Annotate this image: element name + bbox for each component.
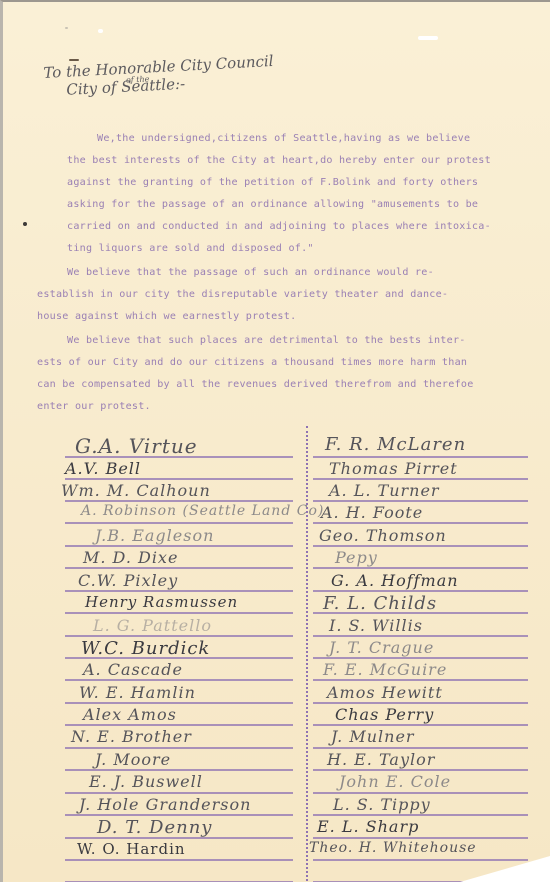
ruled-line xyxy=(313,522,528,524)
text-line: asking for the passage of an ordinance a… xyxy=(37,194,543,216)
signature-right-19: Theo. H. Whitehouse xyxy=(309,840,477,856)
text-line: ests of our City and do our citizens a t… xyxy=(37,352,543,374)
signature-right-4: A. H. Foote xyxy=(321,503,423,522)
text-line: We believe that the passage of such an o… xyxy=(67,262,543,284)
ruled-line xyxy=(313,657,528,659)
signature-right-3: A. L. Turner xyxy=(329,481,440,500)
signature-left-4: A. Robinson (Seattle Land Co) xyxy=(81,503,324,519)
ruled-line xyxy=(313,456,528,458)
ruled-line xyxy=(313,814,528,816)
ruled-line xyxy=(313,590,528,592)
signature-right-2: Thomas Pirret xyxy=(329,459,458,478)
signature-left-19: W. O. Hardin xyxy=(77,840,186,858)
signature-right-18: E. L. Sharp xyxy=(317,817,419,836)
signature-left-17: J. Hole Granderson xyxy=(79,795,251,814)
ruled-line xyxy=(313,724,528,726)
text-line: We believe that such places are detrimen… xyxy=(67,330,543,352)
text-line: house against which we earnestly protest… xyxy=(37,306,543,328)
signature-left-11: A. Cascade xyxy=(83,660,183,679)
ruled-line xyxy=(313,679,528,681)
torn-corner xyxy=(460,856,550,882)
signature-right-9: I. S. Willis xyxy=(329,616,423,635)
signature-left-5: J.B. Eagleson xyxy=(95,526,214,545)
addressee-insertion: of the xyxy=(126,70,150,89)
ruled-line xyxy=(313,545,528,547)
signature-left-16: E. J. Buswell xyxy=(89,772,203,791)
ruled-line xyxy=(313,635,528,637)
signature-right-8: F. L. Childs xyxy=(323,593,437,614)
ruled-line xyxy=(65,859,293,861)
signature-left-14: N. E. Brother xyxy=(71,727,192,746)
signature-right-1: F. R. McLaren xyxy=(325,434,466,455)
signature-left-2: A.V. Bell xyxy=(65,459,141,478)
ruled-line xyxy=(65,724,293,726)
ruled-line xyxy=(65,769,293,771)
ruled-line xyxy=(65,478,293,480)
signature-left-3: Wm. M. Calhoun xyxy=(61,481,211,500)
paragraph-3: We believe that such places are detrimen… xyxy=(67,330,543,418)
ruled-line xyxy=(65,702,293,704)
signature-right-13: Chas Perry xyxy=(335,705,434,724)
ruled-line xyxy=(313,702,528,704)
paragraph-1: We,the undersigned,citizens of Seattle,h… xyxy=(67,128,543,260)
ruled-line xyxy=(313,769,528,771)
text-line: can be compensated by all the revenues d… xyxy=(37,374,543,396)
ruled-line xyxy=(65,590,293,592)
signature-left-6: M. D. Dixe xyxy=(83,548,178,567)
text-line: ting liquors are sold and disposed of." xyxy=(37,238,543,260)
text-line: We,the undersigned,citizens of Seattle,h… xyxy=(67,128,543,150)
signature-right-6: Pepy xyxy=(335,548,378,567)
ruled-line xyxy=(65,814,293,816)
signature-left-15: J. Moore xyxy=(95,750,171,769)
signature-right-15: H. E. Taylor xyxy=(327,750,435,769)
text-line: carried on and conducted in and adjoinin… xyxy=(37,216,543,238)
signature-right-7: G. A. Hoffman xyxy=(331,571,459,590)
ruled-line xyxy=(65,522,293,524)
signature-left-13: Alex Amos xyxy=(83,705,177,724)
ruled-line xyxy=(65,545,293,547)
signature-left-9: L. G. Pattello xyxy=(93,616,212,635)
signature-section: G.A. Virtue A.V. Bell Wm. M. Calhoun A. … xyxy=(3,414,550,882)
signature-left-7: C.W. Pixley xyxy=(78,571,178,590)
ruled-line xyxy=(313,837,528,839)
signature-left-12: W. E. Hamlin xyxy=(79,683,196,702)
ruled-line xyxy=(313,747,528,749)
text-line: against the granting of the petition of … xyxy=(37,172,543,194)
signature-left-10: W.C. Burdick xyxy=(81,638,210,659)
petition-body: We,the undersigned,citizens of Seattle,h… xyxy=(67,128,543,420)
ruled-line xyxy=(65,500,293,502)
signature-left-18: D. T. Denny xyxy=(97,817,212,838)
ruled-line xyxy=(313,478,528,480)
petition-page: To the Honorable City Council of the Cit… xyxy=(0,0,550,882)
signature-left-8: Henry Rasmussen xyxy=(85,593,238,611)
ruled-line xyxy=(65,635,293,637)
signature-right-17: L. S. Tippy xyxy=(333,795,431,814)
signature-right-12: Amos Hewitt xyxy=(327,683,443,702)
ruled-line xyxy=(65,792,293,794)
ruled-line xyxy=(313,567,528,569)
signature-right-10: J. T. Crague xyxy=(329,638,434,657)
ruled-line xyxy=(65,747,293,749)
ruled-line xyxy=(65,567,293,569)
text-line: establish in our city the disreputable v… xyxy=(37,284,543,306)
text-line: the best interests of the City at heart,… xyxy=(37,150,543,172)
ruled-line xyxy=(65,612,293,614)
column-divider xyxy=(306,426,308,881)
signature-left-1: G.A. Virtue xyxy=(75,434,198,458)
signature-right-5: Geo. Thomson xyxy=(319,526,447,545)
ruled-line xyxy=(313,500,528,502)
ruled-line xyxy=(313,792,528,794)
signature-right-11: F. E. McGuire xyxy=(323,660,447,679)
signature-right-16: John E. Cole xyxy=(339,772,451,791)
ruled-line xyxy=(65,679,293,681)
paragraph-2: We believe that the passage of such an o… xyxy=(67,262,543,328)
signature-right-14: J. Mulner xyxy=(331,727,415,746)
